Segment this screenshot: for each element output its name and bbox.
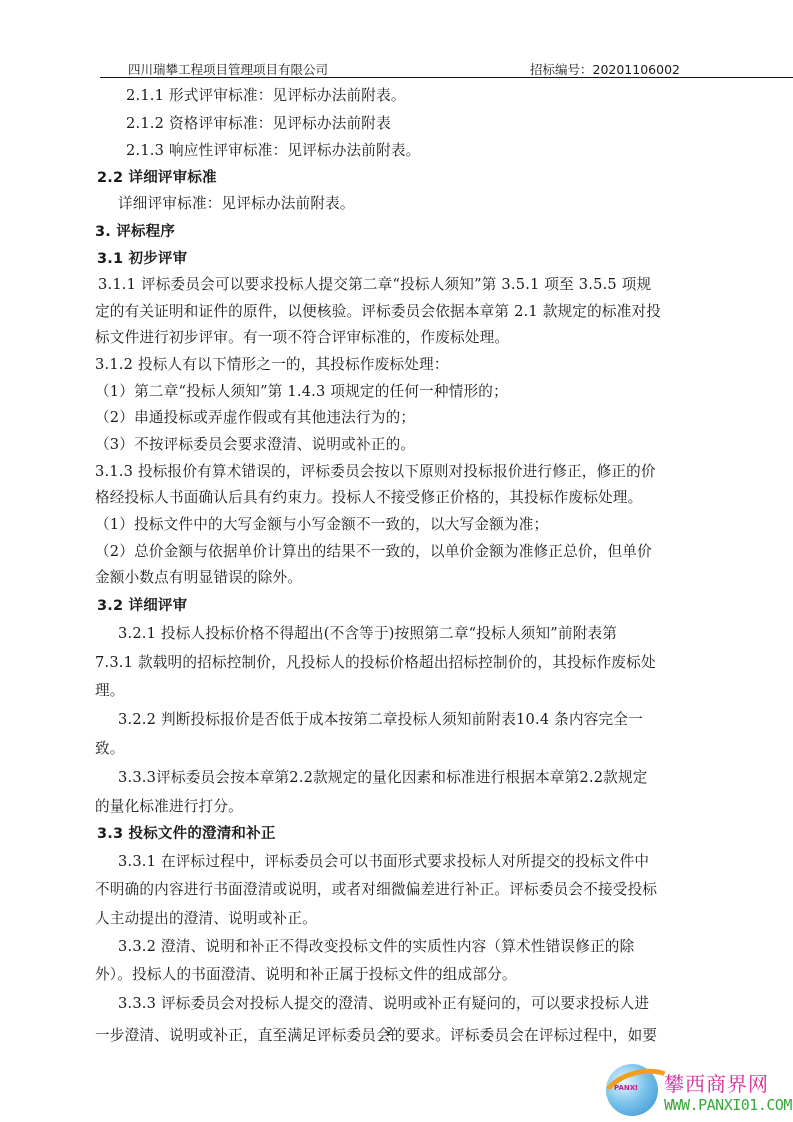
clause-3-3-3-line2: 一步澄清、说明或补正，直至满足评标委员会的要求。评标委员会在评标过程中，如要 <box>95 1024 657 1045</box>
company-name: 四川瑞攀工程项目管理项目有限公司 <box>128 60 328 78</box>
clause-3-3-2-line2: 外）。投标人的书面澄清、说明和补正属于投标文件的组成部分。 <box>95 963 517 984</box>
clause-3-3-1-line2: 不明确的内容进行书面澄清或说明，或者对细微偏差进行补正。评标委员会不接受投标 <box>95 878 657 899</box>
clause-2-1-1: 2.1.1 形式评审标准：见评标办法前附表。 <box>126 84 406 105</box>
clause-3-3-2-line1: 3.3.2 澄清、说明和补正不得改变投标文件的实质性内容（算术性错误修正的除 <box>118 935 634 956</box>
clause-2-1-2: 2.1.2 资格评审标准：见评标办法前附表 <box>126 112 391 133</box>
clause-3-1-3-line1: 3.1.3 投标报价有算术错误的，评标委员会按以下原则对投标报价进行修正，修正的… <box>95 460 656 481</box>
clause-3-2-1-line2: 7.3.1 款载明的招标控制价，凡投标人的投标价格超出招标控制价的，其投标作废标… <box>95 651 656 672</box>
watermark-badge: PANXI <box>614 1084 638 1092</box>
clause-3-2-1-line3: 理。 <box>95 679 125 700</box>
clause-3-1-2-item2: （2）串通投标或弄虚作假或有其他违法行为的； <box>95 406 415 427</box>
clause-3-3-1-line1: 3.3.1 在评标过程中，评标委员会可以书面形式要求投标人对所提交的投标文件中 <box>118 850 649 871</box>
clause-3-2-2-line1: 3.2.2 判断投标报价是否低于成本按第二章投标人须知前附表10.4 条内容完全… <box>118 708 643 729</box>
clause-3-1-2-item3: （3）不按评标委员会要求澄清、说明或补正的。 <box>95 433 415 454</box>
clause-3-1-1-line3: 标文件进行初步评审。有一项不符合评审标准的，作废标处理。 <box>95 326 509 347</box>
clause-3-1-1-line2: 定的有关证明和证件的原件，以便核验。评标委员会依据本章第 2.1 款规定的标准对… <box>95 300 661 321</box>
page-header: 四川瑞攀工程项目管理项目有限公司 招标编号：20201106002 <box>100 58 793 78</box>
clause-3-3-3-scoring-line1: 3.3.3评标委员会按本章第2.2款规定的量化因素和标准进行根据本章第2.2款规… <box>118 766 648 787</box>
watermark-site-name: 攀西商界网 <box>664 1068 769 1097</box>
clause-3-2-1-line1: 3.2.1 投标人投标价格不得超出(不含等于)按照第二章“投标人须知”前附表第 <box>118 622 617 643</box>
heading-3: 3. 评标程序 <box>95 220 175 241</box>
clause-3-3-3-scoring-line2: 的量化标准进行打分。 <box>95 795 243 816</box>
clause-3-1-3-item2-line1: （2）总价金额与依据单价计算出的结果不一致的，以单价金额为准修正总价，但单价 <box>95 540 652 561</box>
heading-3-2: 3.2 详细评审 <box>97 594 187 615</box>
clause-3-2-2-line2: 致。 <box>95 737 125 758</box>
clause-3-1-3-line2: 格经投标人书面确认后具有约束力。投标人不接受修正价格的，其投标作废标处理。 <box>95 486 642 507</box>
bid-number: 招标编号：20201106002 <box>530 60 680 78</box>
detail-criteria-text: 详细评审标准：见评标办法前附表。 <box>118 192 355 213</box>
heading-3-1: 3.1 初步评审 <box>97 247 187 268</box>
clause-3-1-3-item2-line2: 金额小数点有明显错误的除外。 <box>95 566 302 587</box>
page-number: 2 <box>386 1025 393 1038</box>
watermark-url: WWW.PANXI01.COM <box>664 1096 792 1114</box>
clause-3-1-2: 3.1.2 投标人有以下情形之一的，其投标作废标处理： <box>95 353 449 374</box>
watermark-logo: PANXI 攀西商界网 WWW.PANXI01.COM <box>598 1060 793 1122</box>
heading-3-3: 3.3 投标文件的澄清和补正 <box>97 822 276 843</box>
clause-3-1-1-line1: 3.1.1 评标委员会可以要求投标人提交第二章“投标人须知”第 3.5.1 项至… <box>98 273 651 294</box>
heading-2-2: 2.2 详细评审标准 <box>97 166 217 187</box>
clause-3-3-3-line1: 3.3.3 评标委员会对投标人提交的澄清、说明或补正有疑问的，可以要求投标人进 <box>118 992 649 1013</box>
clause-3-3-1-line3: 人主动提出的澄清、说明或补正。 <box>95 907 317 928</box>
clause-3-1-3-item1: （1）投标文件中的大写金额与小写金额不一致的，以大写金额为准； <box>95 513 548 534</box>
clause-2-1-3: 2.1.3 响应性评审标准：见评标办法前附表。 <box>126 139 420 160</box>
clause-3-1-2-item1: （1）第二章“投标人须知”第 1.4.3 项规定的任何一种情形的； <box>95 380 508 401</box>
